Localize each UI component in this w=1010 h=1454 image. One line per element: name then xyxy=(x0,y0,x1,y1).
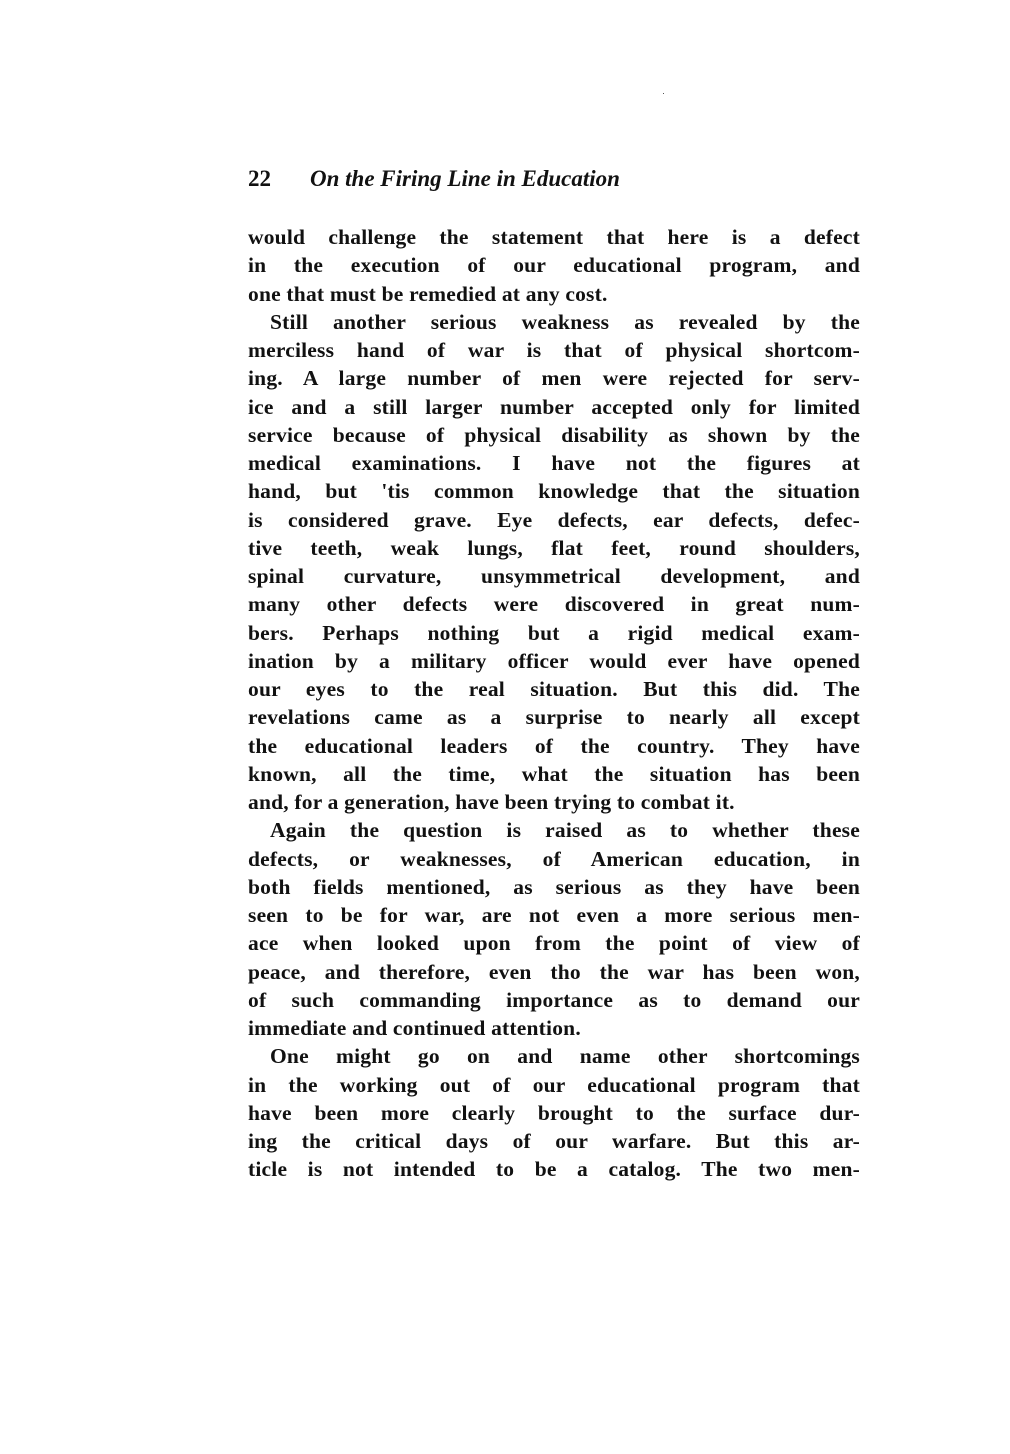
text-line: seen to be for war, are not even a more … xyxy=(248,901,860,929)
paragraph: Still another serious weakness as reveal… xyxy=(248,308,860,817)
text-line: One might go on and name other shortcomi… xyxy=(248,1042,860,1070)
scan-speck xyxy=(663,93,664,94)
text-line: bers. Perhaps nothing but a rigid medica… xyxy=(248,619,860,647)
text-line: tive teeth, weak lungs, flat feet, round… xyxy=(248,534,860,562)
text-line: is considered grave. Eye defects, ear de… xyxy=(248,506,860,534)
text-line: service because of physical disability a… xyxy=(248,421,860,449)
text-line: the educational leaders of the country. … xyxy=(248,732,860,760)
text-line: would challenge the statement that here … xyxy=(248,223,860,251)
text-line: of such commanding importance as to dema… xyxy=(248,986,860,1014)
page-number: 22 xyxy=(248,166,310,192)
text-line: peace, and therefore, even tho the war h… xyxy=(248,958,860,986)
text-line: ticle is not intended to be a catalog. T… xyxy=(248,1155,860,1183)
text-line: revelations came as a surprise to nearly… xyxy=(248,703,860,731)
paragraph: would challenge the statement that here … xyxy=(248,223,860,308)
text-line: ing. A large number of men were rejected… xyxy=(248,364,860,392)
paragraph: Again the question is raised as to wheth… xyxy=(248,816,860,1042)
running-title: On the Firing Line in Education xyxy=(310,166,620,192)
text-line: defects, or weaknesses, of American educ… xyxy=(248,845,860,873)
text-line: one that must be remedied at any cost. xyxy=(248,280,860,308)
text-line: have been more clearly brought to the su… xyxy=(248,1099,860,1127)
book-page: 22 On the Firing Line in Education would… xyxy=(248,166,860,1184)
text-line: many other defects were discovered in gr… xyxy=(248,590,860,618)
running-head: 22 On the Firing Line in Education xyxy=(248,166,860,198)
text-line: Again the question is raised as to wheth… xyxy=(248,816,860,844)
page-body: would challenge the statement that here … xyxy=(248,223,860,1184)
text-line: ination by a military officer would ever… xyxy=(248,647,860,675)
text-line: ing the critical days of our warfare. Bu… xyxy=(248,1127,860,1155)
text-line: merciless hand of war is that of physica… xyxy=(248,336,860,364)
text-line: known, all the time, what the situation … xyxy=(248,760,860,788)
text-line: ice and a still larger number accepted o… xyxy=(248,393,860,421)
text-line: in the working out of our educational pr… xyxy=(248,1071,860,1099)
text-line: our eyes to the real situation. But this… xyxy=(248,675,860,703)
text-line: immediate and continued attention. xyxy=(248,1014,860,1042)
text-line: both fields mentioned, as serious as the… xyxy=(248,873,860,901)
text-line: medical examinations. I have not the fig… xyxy=(248,449,860,477)
text-line: spinal curvature, unsymmetrical developm… xyxy=(248,562,860,590)
text-line: in the execution of our educational prog… xyxy=(248,251,860,279)
text-line: Still another serious weakness as reveal… xyxy=(248,308,860,336)
text-line: ace when looked upon from the point of v… xyxy=(248,929,860,957)
text-line: and, for a generation, have been trying … xyxy=(248,788,860,816)
paragraph: One might go on and name other shortcomi… xyxy=(248,1042,860,1183)
text-line: hand, but 'tis common knowledge that the… xyxy=(248,477,860,505)
